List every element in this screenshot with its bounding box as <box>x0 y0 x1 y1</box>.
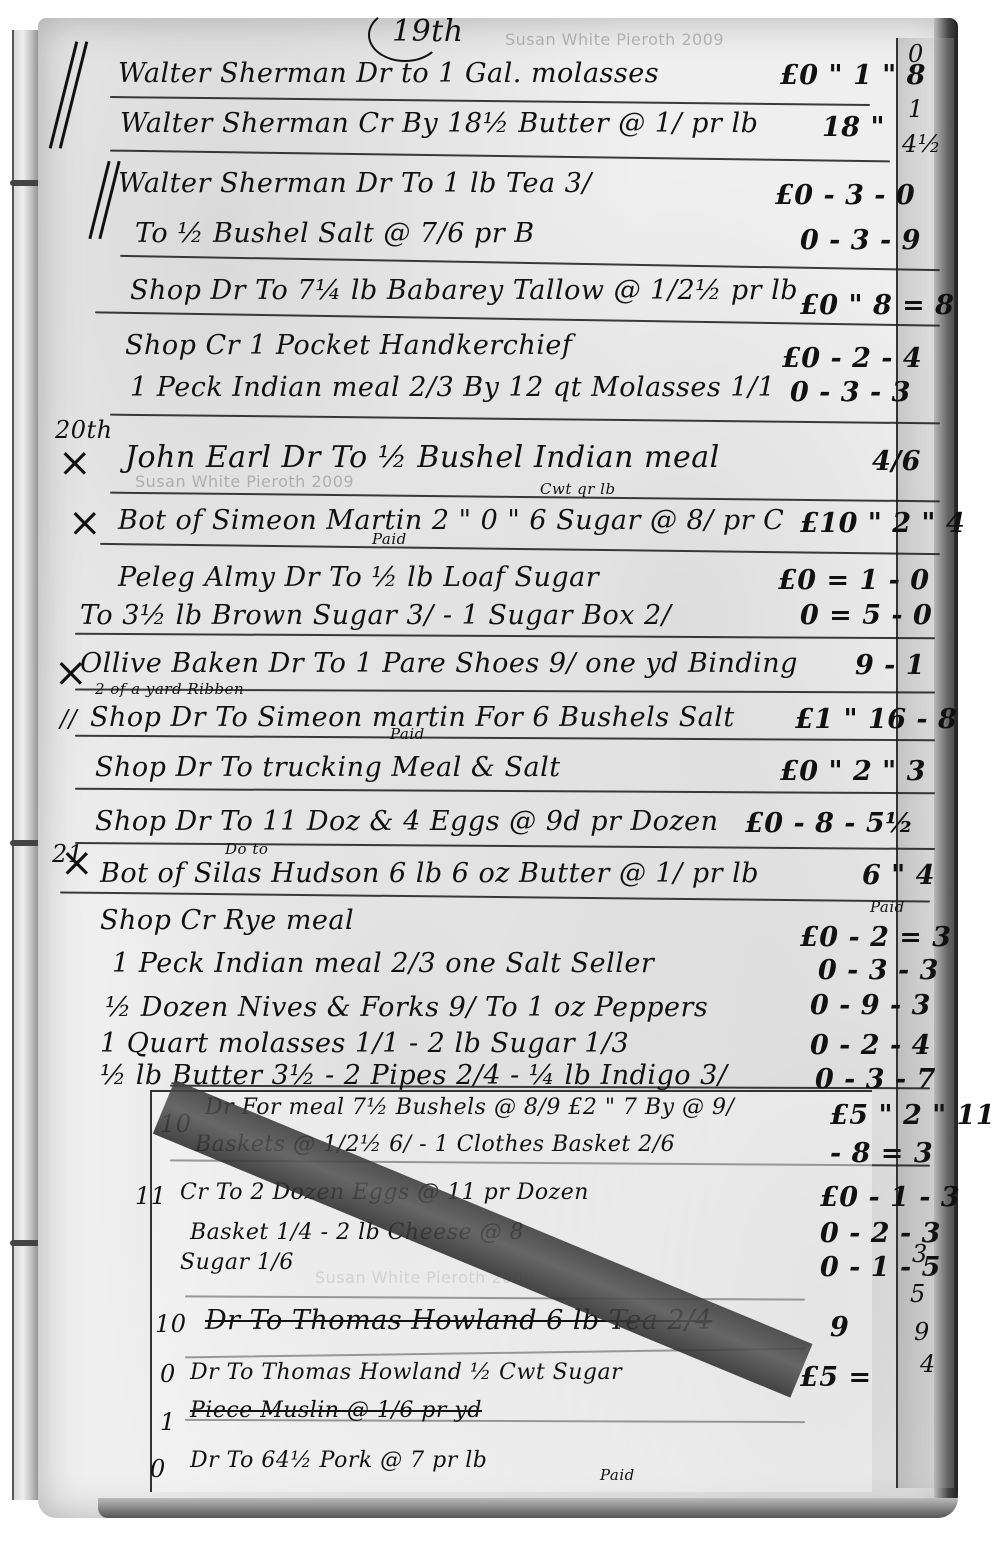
ledger-amount: £0 - 2 = 3 <box>800 922 952 953</box>
ledger-entry: 1 Peck Indian meal 2/3 By 12 qt Molasses… <box>130 372 775 403</box>
ledger-amount: £1 " 16 - 8 <box>795 704 957 735</box>
ledger-amount: 0 - 3 - 3 <box>790 377 911 408</box>
ledger-amount: 0 - 9 - 3 <box>810 990 931 1021</box>
ledger-entry: Shop Cr 1 Pocket Handkerchief <box>125 330 572 361</box>
ledger-entry: 1 Quart molasses 1/1 - 2 lb Sugar 1/3 <box>100 1028 629 1059</box>
ledger-amount: £0 = 1 - 0 <box>778 565 930 596</box>
ledger-entry: Shop Dr To 7¼ lb Babarey Tallow @ 1/2½ p… <box>130 275 798 306</box>
margin-number: 1 <box>160 1408 176 1436</box>
right-margin-number: 5 <box>910 1280 926 1308</box>
paid-annotation: Paid <box>600 1466 635 1484</box>
ledger-entry: Shop Dr To 11 Doz & 4 Eggs @ 9d pr Dozen <box>95 806 719 837</box>
ledger-entry: Ollive Baken Dr To 1 Pare Shoes 9/ one y… <box>80 648 798 679</box>
page-edge-bottom <box>98 1498 958 1518</box>
ledger-amount: £0 - 3 - 0 <box>775 180 915 211</box>
ledger-amount: £5 = <box>800 1362 872 1393</box>
margin-x-mark: × <box>68 500 102 546</box>
ledger-annotation: Cwt qr lb <box>540 480 616 498</box>
ledger-entry: To 3½ lb Brown Sugar 3/ - 1 Sugar Box 2/ <box>80 600 671 631</box>
ledger-entry: John Earl Dr To ½ Bushel Indian meal <box>125 440 720 475</box>
ledger-amount: 0 - 3 - 7 <box>815 1064 936 1095</box>
ledger-entry: 1 Peck Indian meal 2/3 one Salt Seller <box>112 948 654 979</box>
ledger-annotation: Do to <box>225 840 268 858</box>
ledger-amount: 6 " 4 <box>862 860 935 891</box>
ledger-amount: 0 - 2 - 4 <box>810 1030 931 1061</box>
margin-number: 0 <box>160 1360 176 1388</box>
ledger-amount: 9 <box>830 1312 849 1343</box>
ledger-entry: Dr For meal 7½ Bushels @ 8/9 £2 " 7 By @… <box>205 1095 734 1120</box>
ledger-amount: 0 = 5 - 0 <box>800 600 932 631</box>
ledger-amount: £0 - 1 - 3 <box>820 1182 960 1213</box>
ledger-amount: £0 " 8 = 8 <box>800 290 954 321</box>
ledger-amount: 0 - 3 - 3 <box>818 955 939 986</box>
ledger-entry: Dr To 64½ Pork @ 7 pr lb <box>190 1448 487 1473</box>
right-margin-number: 1 <box>908 95 924 123</box>
ledger-entry: Sugar 1/6 <box>180 1250 294 1275</box>
paid-annotation: Paid <box>372 530 407 548</box>
margin-number: 0 <box>150 1455 166 1483</box>
paid-annotation: Paid <box>390 725 425 743</box>
ledger-entry: ½ lb Butter 3½ - 2 Pipes 2/4 - ¼ lb Indi… <box>100 1060 727 1091</box>
ledger-amount: £0 " 1 " 8 <box>780 60 926 91</box>
ledger-amount: 4/6 <box>872 446 921 477</box>
right-margin-number: 3 <box>912 1240 928 1268</box>
right-margin-number: 0 <box>908 40 924 68</box>
ledger-amount: £10 " 2 " 4 <box>800 508 965 539</box>
ledger-amount: 0 - 3 - 9 <box>800 225 921 256</box>
margin-number: 10 <box>155 1310 187 1338</box>
ledger-amount: £0 - 8 - 5½ <box>745 808 914 839</box>
ledger-entry: ½ Dozen Nives & Forks 9/ To 1 oz Peppers <box>105 992 708 1023</box>
margin-x-mark: × <box>58 440 92 486</box>
paid-annotation: Paid <box>870 898 905 916</box>
margin-date: 21 <box>52 840 84 868</box>
ledger-amount: £0 - 2 - 4 <box>782 343 922 374</box>
header-date: 19th <box>392 14 464 49</box>
watermark: Susan White Pieroth 2009 <box>505 30 724 49</box>
ledger-entry: Shop Dr To trucking Meal & Salt <box>95 752 561 783</box>
ledger-entry: Peleg Almy Dr To ½ lb Loaf Sugar <box>118 562 599 593</box>
ledger-entry: Bot of Silas Hudson 6 lb 6 oz Butter @ 1… <box>100 858 759 889</box>
margin-number: 11 <box>135 1182 167 1210</box>
margin-slash-mark: // <box>60 705 77 733</box>
ledger-entry: Walter Sherman Dr to 1 Gal. molasses <box>118 58 659 89</box>
ledger-amount: - 8 = 3 <box>830 1138 933 1169</box>
ledger-amount: £0 " 2 " 3 <box>780 756 926 787</box>
ledger-entry: Walter Sherman Cr By 18½ Butter @ 1/ pr … <box>120 108 758 139</box>
ledger-amount: £5 " 2 " 11 <box>830 1100 995 1131</box>
ledger-entry-struck: Piece Muslin @ 1/6 pr yd <box>190 1398 482 1423</box>
margin-date: 20th <box>55 416 113 444</box>
ledger-entry: Walter Sherman Dr To 1 lb Tea 3/ <box>118 168 592 199</box>
ledger-amount: 9 - 1 <box>855 650 925 681</box>
ledger-entry: Bot of Simeon Martin 2 " 0 " 6 Sugar @ 8… <box>118 505 784 536</box>
ledger-annotation: 2 of a yard Ribben <box>95 680 244 698</box>
ledger-entry: Shop Cr Rye meal <box>100 905 354 936</box>
ledger-entry: To ½ Bushel Salt @ 7/6 pr B <box>135 218 535 249</box>
ledger-entry: Dr To Thomas Howland ½ Cwt Sugar <box>190 1360 622 1385</box>
ledger-amount: 18 " <box>822 112 885 143</box>
right-margin-number: 4½ <box>902 130 942 158</box>
right-margin-number: 4 <box>920 1350 936 1378</box>
right-margin-number: 9 <box>914 1318 930 1346</box>
